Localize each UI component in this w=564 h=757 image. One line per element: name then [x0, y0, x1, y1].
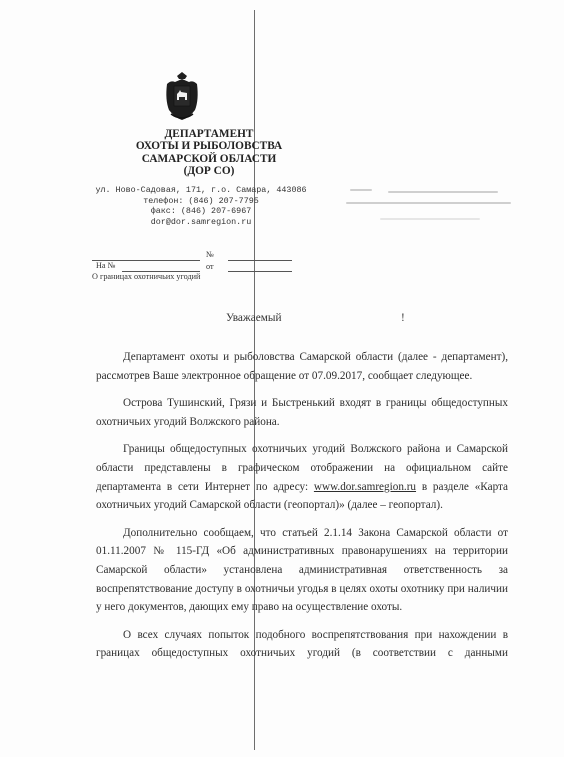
salutation: Уважаемый ! [226, 312, 282, 324]
paragraph: Дополнительно сообщаем, что статьей 2.1.… [96, 524, 508, 617]
org-line: ОХОТЫ И РЫБОЛОВСТВА [100, 140, 318, 152]
scanned-letter-page: ДЕПАРТАМЕНТ ОХОТЫ И РЫБОЛОВСТВА САМАРСКО… [0, 0, 564, 757]
reference-date-line [228, 271, 292, 272]
phone: телефон: (846) 207-7795 [86, 196, 316, 207]
email: dor@dor.samregion.ru [86, 217, 316, 228]
salutation-text: Уважаемый [226, 312, 282, 324]
paragraph: Границы общедоступных охотничьих угодий … [96, 440, 508, 514]
department-name: ДЕПАРТАМЕНТ ОХОТЫ И РЫБОЛОВСТВА САМАРСКО… [100, 128, 318, 177]
reference-label: На № [96, 261, 115, 270]
date-label: от [206, 262, 214, 271]
org-line: ДЕПАРТАМЕНТ [100, 128, 318, 140]
outgoing-date-line [228, 260, 292, 261]
paragraph: О всех случаях попыток подобного воспреп… [96, 626, 508, 663]
org-line: САМАРСКОЙ ОБЛАСТИ [100, 153, 318, 165]
address: ул. Ново-Садовая, 171, г.о. Самара, 4430… [86, 185, 316, 196]
coat-of-arms-icon [163, 70, 201, 122]
fax: факс: (846) 207-6967 [86, 206, 316, 217]
paragraph: Острова Тушинский, Грязи и Быстренький в… [96, 394, 508, 431]
org-line: (ДОР СО) [100, 165, 318, 177]
number-label: № [206, 250, 214, 259]
subject-line: О границах охотничьих угодий [92, 272, 200, 281]
redacted-addressee-block [340, 185, 520, 225]
website-link[interactable]: www.dor.samregion.ru [314, 481, 416, 493]
paragraph: Департамент охоты и рыболовства Самарско… [96, 348, 508, 385]
department-contacts: ул. Ново-Садовая, 171, г.о. Самара, 4430… [86, 185, 316, 227]
letter-body: Департамент охоты и рыболовства Самарско… [96, 348, 508, 672]
salutation-ending: ! [401, 312, 405, 324]
